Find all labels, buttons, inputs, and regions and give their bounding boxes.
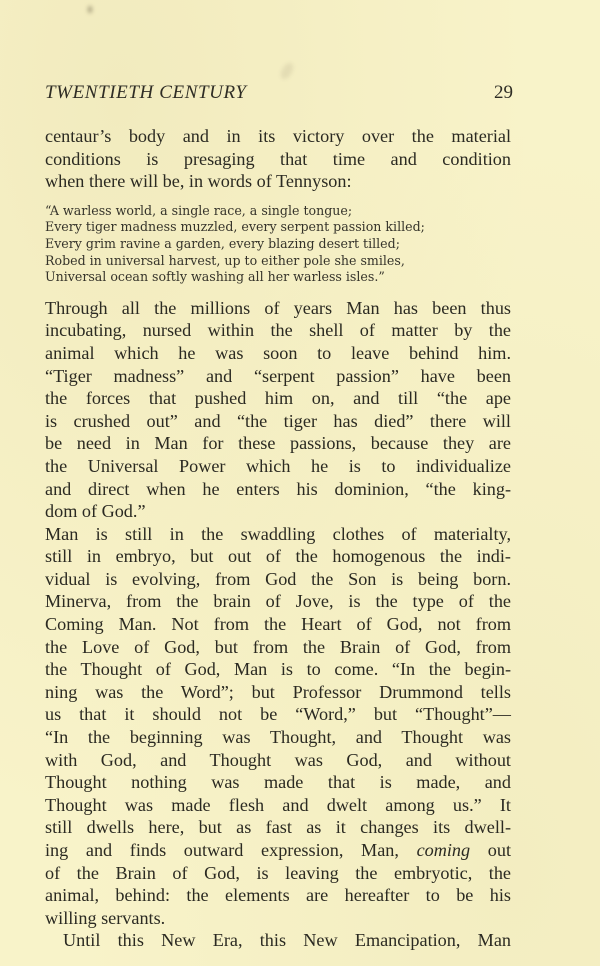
text-line: Man is still in the swaddling clothes of…: [45, 523, 511, 546]
running-header: TWENTIETH CENTURY 29: [45, 82, 511, 106]
text-line: conditions is presaging that time and co…: [45, 148, 511, 171]
text-line: the forces that pushed him on, and till …: [45, 387, 511, 410]
running-title: TWENTIETH CENTURY: [45, 82, 246, 104]
text-line: incubating, nursed within the shell of m…: [45, 319, 511, 342]
text-line: Coming Man. Not from the Heart of God, n…: [45, 613, 511, 636]
paragraph-2: Through all the millions of years Man ha…: [45, 297, 511, 523]
text-line: animal which he was soon to leave behind…: [45, 342, 511, 365]
body-text: centaur’s body and in its victory over t…: [45, 125, 511, 952]
tennyson-verse-quote: “A warless world, a single race, a singl…: [45, 203, 511, 286]
text-line: dom of God.”: [45, 500, 511, 523]
page-number: 29: [494, 82, 513, 104]
text-line: Minerva, from the brain of Jove, is the …: [45, 590, 511, 613]
verse-line: Every grim ravine a garden, every blazin…: [45, 236, 511, 253]
paragraph-1: centaur’s body and in its victory over t…: [45, 125, 511, 193]
verse-line: “A warless world, a single race, a singl…: [45, 203, 511, 220]
text-line: willing servants.: [45, 907, 511, 930]
verse-line: Universal ocean softly washing all her w…: [45, 269, 511, 286]
text-line: animal, behind: the elements are hereaft…: [45, 884, 511, 907]
text-line-with-italic: ing and finds outward expression, Man, c…: [45, 839, 511, 862]
text-line: with God, and Thought was God, and witho…: [45, 749, 511, 772]
verse-line: Robed in universal harvest, up to either…: [45, 253, 511, 270]
paragraph-3: Man is still in the swaddling clothes of…: [45, 523, 511, 930]
text-segment: ing and finds outward expression, Man,: [45, 840, 417, 860]
text-line: “In the beginning was Thought, and Thoug…: [45, 726, 511, 749]
text-line: is crushed out” and “the tiger has died”…: [45, 410, 511, 433]
text-line: Thought was made flesh and dwelt among u…: [45, 794, 511, 817]
text-line: the Thought of God, Man is to come. “In …: [45, 658, 511, 681]
text-line: of the Brain of God, is leaving the embr…: [45, 862, 511, 885]
paper-smudge: [88, 6, 92, 13]
italic-word-coming: coming: [417, 840, 471, 860]
text-line: ning was the Word”; but Professor Drummo…: [45, 681, 511, 704]
text-line: Thought nothing was made that is made, a…: [45, 771, 511, 794]
text-line: “Tiger madness” and “serpent passion” ha…: [45, 365, 511, 388]
text-line: centaur’s body and in its victory over t…: [45, 125, 511, 148]
text-line: still dwells here, but as fast as it cha…: [45, 816, 511, 839]
text-line: Through all the millions of years Man ha…: [45, 297, 511, 320]
text-line: Until this New Era, this New Emancipatio…: [45, 929, 511, 952]
text-line: still in embryo, but out of the homogeno…: [45, 545, 511, 568]
text-line: the Love of God, but from the Brain of G…: [45, 636, 511, 659]
text-segment: out: [470, 840, 511, 860]
verse-line: Every tiger madness muzzled, every serpe…: [45, 219, 511, 236]
text-line: be need in Man for these passions, becau…: [45, 432, 511, 455]
text-line: us that it should not be “Word,” but “Th…: [45, 703, 511, 726]
paper-smudge: [278, 61, 296, 82]
text-line: when there will be, in words of Tennyson…: [45, 170, 511, 193]
text-line: and direct when he enters his dominion, …: [45, 478, 511, 501]
text-line: the Universal Power which he is to indiv…: [45, 455, 511, 478]
paragraph-4: Until this New Era, this New Emancipatio…: [45, 929, 511, 952]
text-line: vidual is evolving, from God the Son is …: [45, 568, 511, 591]
